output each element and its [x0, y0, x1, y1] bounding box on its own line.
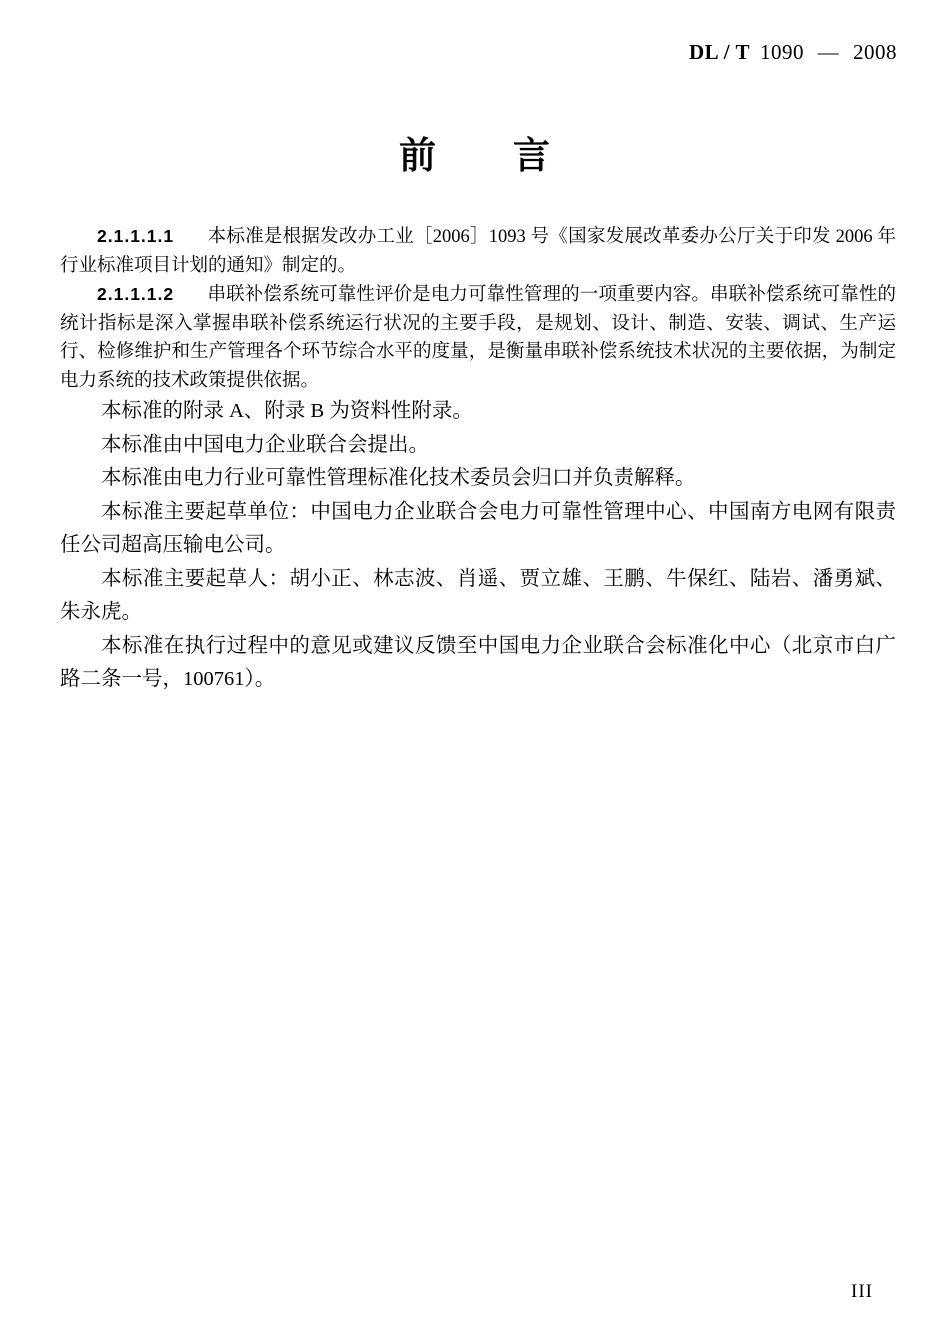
foreword-paragraph: 本标准主要起草单位：中国电力企业联合会电力可靠性管理中心、中国南方电网有限责任公… — [60, 496, 896, 563]
standard-code-prefix: DL / T — [689, 40, 750, 64]
foreword-paragraph: 本标准在执行过程中的意见或建议反馈至中国电力企业联合会标准化中心（北京市白广路二… — [60, 630, 896, 697]
standard-code-number: 1090 — 2008 — [760, 40, 897, 64]
foreword-paragraph: 本标准由中国电力企业联合会提出。 — [60, 429, 896, 463]
page-number: III — [851, 1281, 873, 1303]
foreword-paragraph: 本标准由电力行业可靠性管理标准化技术委员会归口并负责解释。 — [60, 462, 896, 496]
document-code-header: DL / T1090 — 2008 — [689, 40, 897, 65]
foreword-paragraph: 本标准的附录 A、附录 B 为资料性附录。 — [60, 395, 896, 429]
clause-number: 2.1.1.1.2 — [97, 284, 174, 304]
paragraph-text: 串联补偿系统可靠性评价是电力可靠性管理的一项重要内容。串联补偿系统可靠性的统计指… — [60, 285, 896, 391]
clause-number: 2.1.1.1.1 — [97, 226, 174, 246]
foreword-body: 2.1.1.1.1本标准是根据发改办工业［2006］1093 号《国家发展改革委… — [60, 222, 896, 697]
foreword-paragraph: 2.1.1.1.2串联补偿系统可靠性评价是电力可靠性管理的一项重要内容。串联补偿… — [60, 280, 896, 395]
paragraph-text: 本标准是根据发改办工业［2006］1093 号《国家发展改革委办公厅关于印发 2… — [60, 227, 896, 276]
foreword-paragraph: 2.1.1.1.1本标准是根据发改办工业［2006］1093 号《国家发展改革委… — [60, 222, 896, 280]
foreword-paragraph: 本标准主要起草人：胡小正、林志波、肖遥、贾立雄、王鹏、牛保红、陆岩、潘勇斌、朱永… — [60, 563, 896, 630]
document-page: DL / T1090 — 2008 前 言 2.1.1.1.1本标准是根据发改办… — [0, 0, 950, 1335]
page-title: 前 言 — [0, 133, 950, 179]
